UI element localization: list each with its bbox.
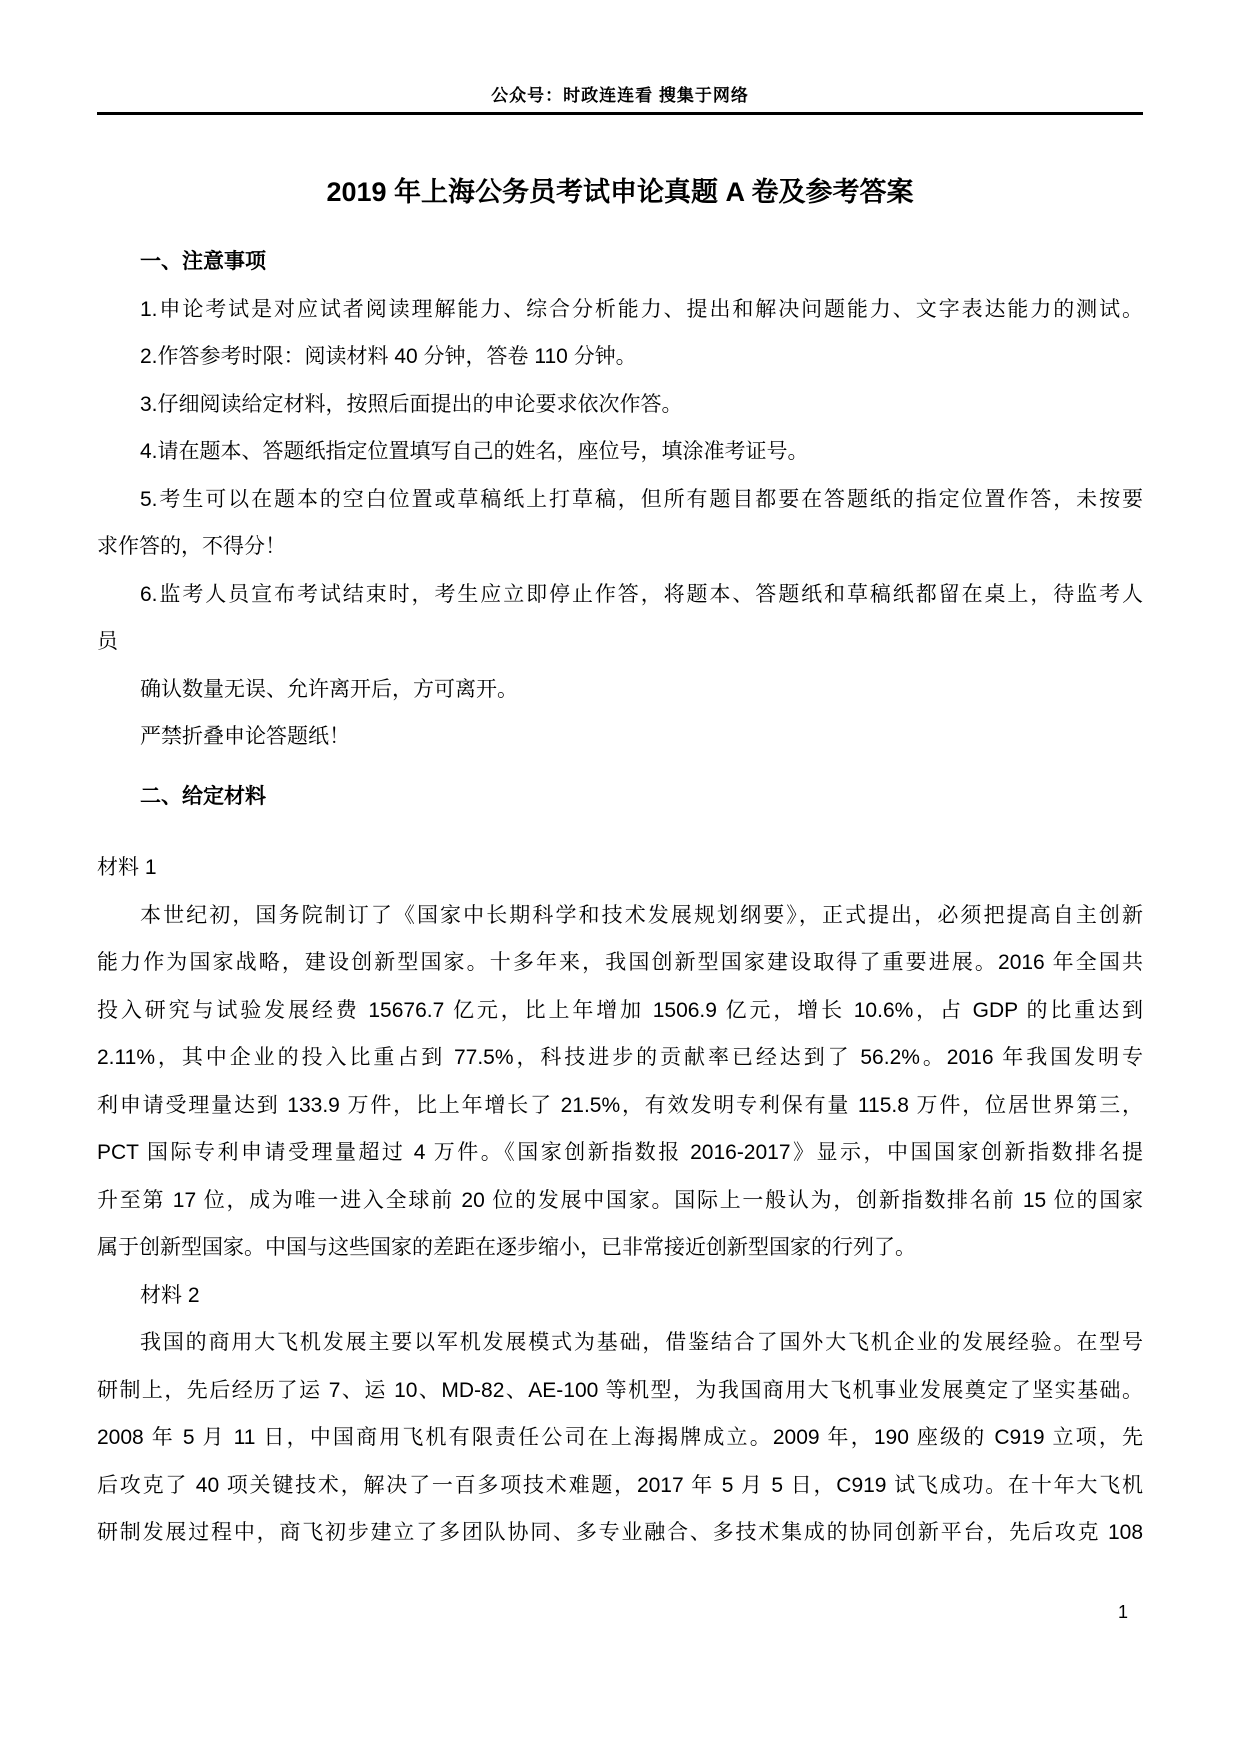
section-heading: 一、注意事项 (97, 238, 1143, 286)
text-line: 员 (97, 618, 1143, 666)
page-title: 2019 年上海公务员考试申论真题 A 卷及参考答案 (97, 177, 1143, 208)
text-line: 2.11%，其中企业的投入比重占到 77.5%，科技进步的贡献率已经达到了 56… (97, 1034, 1143, 1082)
header-rule (97, 112, 1143, 115)
text-line: 研制发展过程中，商飞初步建立了多团队协同、多专业融合、多技术集成的协同创新平台，… (97, 1509, 1143, 1557)
text-line: 4.请在题本、答题纸指定位置填写自己的姓名，座位号，填涂准考证号。 (97, 428, 1143, 476)
page-header-text: 公众号：时政连连看 搜集于网络 (97, 86, 1143, 106)
text-line: 材料 2 (97, 1272, 1143, 1320)
text-line: 2008 年 5 月 11 日，中国商用飞机有限责任公司在上海揭牌成立。2009… (97, 1414, 1143, 1462)
text-line: 严禁折叠申论答题纸！ (97, 713, 1143, 761)
text-line: 5.考生可以在题本的空白位置或草稿纸上打草稿，但所有题目都要在答题纸的指定位置作… (97, 476, 1143, 524)
text-line: 求作答的，不得分！ (97, 523, 1143, 571)
text-line: 投入研究与试验发展经费 15676.7 亿元，比上年增加 1506.9 亿元，增… (97, 987, 1143, 1035)
text-line: 属于创新型国家。中国与这些国家的差距在逐步缩小，已非常接近创新型国家的行列了。 (97, 1224, 1143, 1272)
text-line: 后攻克了 40 项关键技术，解决了一百多项技术难题，2017 年 5 月 5 日… (97, 1462, 1143, 1510)
text-line: 能力作为国家战略，建设创新型国家。十多年来，我国创新型国家建设取得了重要进展。2… (97, 939, 1143, 987)
text-line: 本世纪初，国务院制订了《国家中长期科学和技术发展规划纲要》，正式提出，必须把提高… (97, 892, 1143, 940)
text-line: 研制上，先后经历了运 7、运 10、MD-82、AE-100 等机型，为我国商用… (97, 1367, 1143, 1415)
text-line: 材料 1 (97, 844, 1143, 892)
document-body: 一、注意事项1.申论考试是对应试者阅读理解能力、综合分析能力、提出和解决问题能力… (97, 238, 1143, 1557)
document-page: 公众号：时政连连看 搜集于网络 2019 年上海公务员考试申论真题 A 卷及参考… (0, 0, 1240, 1754)
text-line: PCT 国际专利申请受理量超过 4 万件。《国家创新指数报 2016-2017》… (97, 1129, 1143, 1177)
text-line: 升至第 17 位，成为唯一进入全球前 20 位的发展中国家。国际上一般认为，创新… (97, 1177, 1143, 1225)
text-line: 1.申论考试是对应试者阅读理解能力、综合分析能力、提出和解决问题能力、文字表达能… (97, 286, 1143, 334)
text-line: 3.仔细阅读给定材料，按照后面提出的申论要求依次作答。 (97, 381, 1143, 429)
text-line: 利申请受理量达到 133.9 万件，比上年增长了 21.5%，有效发明专利保有量… (97, 1082, 1143, 1130)
section-heading: 二、给定材料 (97, 773, 1143, 821)
page-number: 1 (1118, 1601, 1128, 1623)
text-line: 2.作答参考时限：阅读材料 40 分钟，答卷 110 分钟。 (97, 333, 1143, 381)
text-line: 我国的商用大飞机发展主要以军机发展模式为基础，借鉴结合了国外大飞机企业的发展经验… (97, 1319, 1143, 1367)
text-line: 6.监考人员宣布考试结束时，考生应立即停止作答，将题本、答题纸和草稿纸都留在桌上… (97, 571, 1143, 619)
text-line: 确认数量无误、允许离开后，方可离开。 (97, 666, 1143, 714)
